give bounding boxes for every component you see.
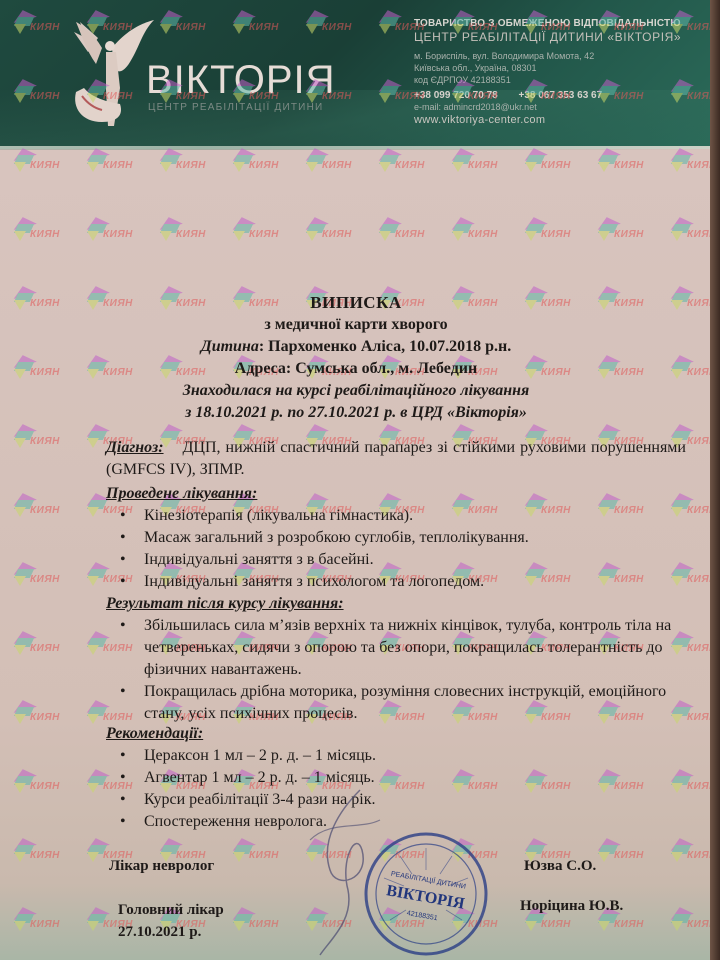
course-line-1: Знаходилася на курсі реабілітаційного лі… [0, 380, 712, 402]
diagnosis-text: ДЦП, нижній спастичний парапарез зі стій… [106, 439, 686, 478]
address-info: Адреса: Сумська обл., м. Лебедин [0, 358, 712, 380]
child-value: : Пархоменко Аліса, 10.07.2018 р.н. [259, 338, 511, 355]
diagnosis-section: Діагноз: ДЦП, нижній спастичний парапаре… [106, 437, 686, 481]
diagnosis-label: Діагноз: [106, 439, 164, 456]
result-section: Результат після курсу лікування: Збільши… [106, 593, 686, 725]
treatment-section: Проведене лікування: Кінезіотерапія (лік… [106, 483, 686, 593]
stamp-icon: ВІКТОРІЯ РЕАБІЛІТАЦІЇ ДИТИНИ 42188351 [360, 830, 492, 958]
treatment-label: Проведене лікування: [106, 483, 686, 505]
list-item: Збільшилась сила м’язів верхніх та нижні… [106, 615, 686, 681]
result-label: Результат після курсу лікування: [106, 593, 686, 615]
treatment-list: Кінезіотерапія (лікувальна гімнастика). … [106, 505, 686, 593]
list-item: Індивідуальні заняття з в басейні. [106, 549, 686, 571]
document-body: ВИПИСКА з медичної карти хворого Дитина:… [0, 0, 712, 960]
list-item: Цераксон 1 мл – 2 р. д. – 1 місяць. [106, 745, 686, 767]
list-item: Масаж загальний з розробкою суглобів, те… [106, 527, 686, 549]
neurologist-title: Лікар невролог [109, 858, 214, 875]
recommendations-label: Рекомендації: [106, 723, 686, 745]
title-block: ВИПИСКА з медичної карти хворого Дитина:… [0, 292, 712, 424]
child-label: Дитина [201, 338, 259, 355]
list-item: Індивідуальні заняття з психологом та ло… [106, 571, 686, 593]
neurologist-name: Юзва С.О. [524, 858, 596, 875]
svg-text:42188351: 42188351 [406, 910, 438, 922]
list-item: Кінезіотерапія (лікувальна гімнастика). [106, 505, 686, 527]
document-subtitle: з медичної карти хворого [0, 314, 712, 336]
document-sheet: ВІКТОРІЯ ЦЕНТР РЕАБІЛІТАЦІЇ ДИТИНИ ТОВАР… [0, 0, 712, 960]
document-date: 27.10.2021 р. [118, 924, 201, 941]
document-title: ВИПИСКА [0, 292, 712, 314]
course-line-2: з 18.10.2021 р. по 27.10.2021 р. в ЦРД «… [0, 402, 712, 424]
chief-title: Головний лікар [118, 902, 224, 919]
result-list: Збільшилась сила м’язів верхніх та нижні… [106, 615, 686, 725]
chief-name: Норіцина Ю.В. [520, 898, 623, 915]
photo-edge [710, 0, 720, 960]
child-info: Дитина: Пархоменко Аліса, 10.07.2018 р.н… [0, 336, 712, 358]
list-item: Покращилась дрібна моторика, розуміння с… [106, 681, 686, 725]
